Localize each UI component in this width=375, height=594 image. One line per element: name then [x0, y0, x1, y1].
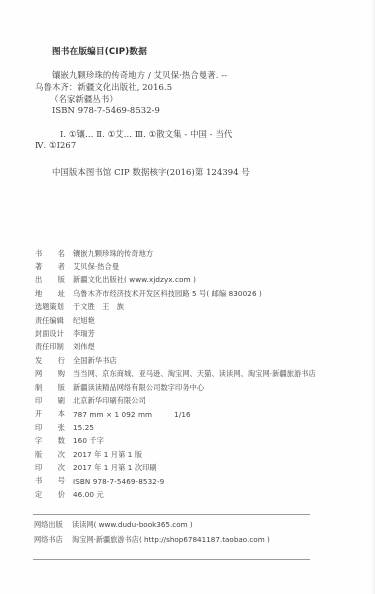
info-value-extra: 1/16 [174, 410, 191, 419]
info-row: 书号ISBN 978-7-5469-8532-9 [35, 475, 316, 488]
info-row: 责任编辑纪旭艳 [35, 314, 316, 327]
info-label-char: 数 [58, 436, 65, 446]
info-row: 开本787 mm × 1 092 mm1/16 [35, 408, 316, 421]
info-value: 46.00 元 [73, 490, 104, 500]
network-shop-label: 网络书店 [34, 535, 72, 545]
info-row: 封面设计李瑞芳 [35, 327, 316, 340]
info-value-text: 46.00 元 [73, 490, 104, 499]
info-row: 发行全国新华书店 [35, 354, 316, 367]
info-value-text: 当当网、京东商城、亚马逊、淘宝网、天猫、读读网、淘宝网·新疆旅游书店 [73, 369, 316, 378]
info-label: 选题策划 [35, 302, 65, 312]
info-label-char: 名 [58, 249, 65, 259]
info-value: 160 千字 [73, 436, 104, 446]
info-value: 纪旭艳 [73, 316, 95, 326]
info-value-text: 15.25 [73, 423, 94, 432]
info-value: 于文胜 王 族 [73, 302, 124, 312]
info-label-char: 印 [35, 396, 42, 406]
network-shop-value: 淘宝网·新疆旅游书店( http://shop67841187.taobao.c… [72, 535, 270, 544]
info-label-char: 次 [58, 450, 65, 460]
cip-line-classification: Ⅳ. ①I267 [35, 140, 76, 150]
info-value: 新疆文化出版社( www.xjdzyx.com ) [73, 275, 196, 285]
bottom-rule [33, 559, 310, 560]
info-label-char: 著 [35, 262, 42, 272]
network-publish-value: 读读网( www.dudu-book365.com ) [72, 520, 193, 529]
info-row: 网购当当网、京东商城、亚马逊、淘宝网、天猫、读读网、淘宝网·新疆旅游书店 [35, 368, 316, 381]
info-value: 当当网、京东商城、亚马逊、淘宝网、天猫、读读网、淘宝网·新疆旅游书店 [73, 369, 316, 379]
info-label-char: 址 [58, 289, 65, 299]
info-label-char: 书 [35, 249, 42, 259]
info-label: 网购 [35, 369, 65, 379]
info-label-char: 张 [58, 423, 65, 433]
info-label-char: 号 [58, 476, 65, 486]
info-label-char: 印 [35, 423, 42, 433]
info-value-text: 新疆文化出版社( www.xjdzyx.com ) [73, 275, 196, 284]
info-value: 全国新华书店 [73, 356, 117, 366]
info-value-text: 于文胜 王 族 [73, 302, 124, 311]
info-value: 787 mm × 1 092 mm1/16 [73, 410, 191, 419]
info-label-char: 次 [58, 463, 65, 473]
info-label-char: 版 [58, 275, 65, 285]
cip-line-subjects: Ⅰ. ①镶… Ⅱ. ①艾… Ⅲ. ①散文集 - 中国 - 当代 [60, 128, 232, 140]
info-label-char: 责任印制 [35, 342, 64, 352]
cip-line-isbn: ISBN 978-7-5469-8532-9 [52, 105, 160, 115]
info-label: 开本 [35, 409, 65, 419]
info-value-text: 2017 年 1 月第 1 次印刷 [73, 463, 157, 472]
info-label: 书号 [35, 476, 65, 486]
info-label-char: 版 [35, 450, 42, 460]
info-label-char: 出 [35, 275, 42, 285]
cip-line-publisher: 乌鲁木齐：新疆文化出版社, 2016.5 [35, 81, 172, 93]
info-label: 责任编辑 [35, 316, 65, 326]
info-row: 选题策划于文胜 王 族 [35, 301, 316, 314]
info-value: 刘伟煜 [73, 342, 95, 352]
info-row: 字数160 千字 [35, 434, 316, 447]
info-row: 著者艾贝保·热合曼 [35, 260, 316, 273]
info-label-char: 者 [58, 262, 65, 272]
network-shop-row: 网络书店淘宝网·新疆旅游书店( http://shop67841187.taob… [34, 535, 270, 545]
info-row: 出版新疆文化出版社( www.xjdzyx.com ) [35, 274, 316, 287]
info-label: 著者 [35, 262, 65, 272]
info-label: 印张 [35, 423, 65, 433]
info-value: 2017 年 1 月第 1 次印刷 [73, 463, 157, 473]
info-label-char: 字 [35, 436, 42, 446]
info-value: 15.25 [73, 423, 94, 432]
info-value-text: ISBN 978-7-5469-8532-9 [73, 477, 164, 486]
info-row: 书名镶嵌九颗珍珠的传奇地方 [35, 247, 316, 260]
info-value: 北京新华印刷有限公司 [73, 396, 146, 406]
info-label-char: 定 [35, 490, 42, 500]
info-value-text: 787 mm × 1 092 mm [73, 410, 152, 419]
info-label-char: 本 [58, 409, 65, 419]
page-edge-shadow [371, 0, 375, 594]
info-value-text: 纪旭艳 [73, 316, 95, 325]
info-label-char: 价 [58, 490, 65, 500]
info-value: 李瑞芳 [73, 329, 95, 339]
info-label: 印刷 [35, 396, 65, 406]
info-label-char: 版 [58, 383, 65, 393]
info-row: 定价46.00 元 [35, 488, 316, 501]
info-label: 封面设计 [35, 329, 65, 339]
info-value: 镶嵌九颗珍珠的传奇地方 [73, 249, 153, 259]
info-row: 印刷北京新华印刷有限公司 [35, 394, 316, 407]
info-value: 乌鲁木齐市经济技术开发区科技园路 5 号( 邮编 830026 ) [73, 289, 262, 299]
info-row: 制版新疆读读精品网络有限公司数字印务中心 [35, 381, 316, 394]
info-label-char: 责任编辑 [35, 316, 64, 326]
info-label-char: 行 [58, 356, 65, 366]
info-value-text: 镶嵌九颗珍珠的传奇地方 [73, 249, 153, 258]
info-label: 责任印制 [35, 342, 65, 352]
info-value-text: 刘伟煜 [73, 342, 95, 351]
cip-title: 图书在版编目(CIP)数据 [52, 45, 147, 57]
network-publish-row: 网络出版读读网( www.dudu-book365.com ) [34, 520, 193, 530]
info-value-text: 2017 年 1 月第 1 版 [73, 450, 142, 459]
publication-info-table: 书名镶嵌九颗珍珠的传奇地方著者艾贝保·热合曼出版新疆文化出版社( www.xjd… [35, 247, 316, 501]
info-row: 印张15.25 [35, 421, 316, 434]
info-value-text: 北京新华印刷有限公司 [73, 396, 146, 405]
info-value-text: 全国新华书店 [73, 356, 117, 365]
info-label: 发行 [35, 356, 65, 366]
info-label-char: 地 [35, 289, 42, 299]
info-row: 版次2017 年 1 月第 1 版 [35, 448, 316, 461]
info-value: 新疆读读精品网络有限公司数字印务中心 [73, 383, 204, 393]
info-label: 印次 [35, 463, 65, 473]
info-value: 艾贝保·热合曼 [73, 262, 119, 272]
info-row: 地址乌鲁木齐市经济技术开发区科技园路 5 号( 邮编 830026 ) [35, 287, 316, 300]
info-label-char: 制 [35, 383, 42, 393]
cip-line-series: （名家新疆丛书） [50, 93, 118, 105]
info-value-text: 艾贝保·热合曼 [73, 262, 119, 271]
info-label: 地址 [35, 289, 65, 299]
info-value-text: 乌鲁木齐市经济技术开发区科技园路 5 号( 邮编 830026 ) [73, 289, 262, 298]
info-label-char: 选题策划 [35, 302, 64, 312]
info-label: 版次 [35, 450, 65, 460]
copyright-page: 图书在版编目(CIP)数据 镶嵌九颗珍珠的传奇地方 / 艾贝保·热合曼著. --… [0, 0, 375, 594]
info-label: 书名 [35, 249, 65, 259]
info-label-char: 开 [35, 409, 42, 419]
info-value: 2017 年 1 月第 1 版 [73, 450, 142, 460]
info-label-char: 书 [35, 476, 42, 486]
cip-line-title: 镶嵌九颗珍珠的传奇地方 / 艾贝保·热合曼著. -- [52, 69, 227, 81]
info-label: 定价 [35, 490, 65, 500]
info-label-char: 发 [35, 356, 42, 366]
info-label: 制版 [35, 383, 65, 393]
info-row: 印次2017 年 1 月第 1 次印刷 [35, 461, 316, 474]
info-value-text: 新疆读读精品网络有限公司数字印务中心 [73, 383, 204, 392]
info-value-text: 李瑞芳 [73, 329, 95, 338]
info-label-char: 刷 [58, 396, 65, 406]
info-label-char: 网 [35, 369, 42, 379]
info-label-char: 印 [35, 463, 42, 473]
top-rule [33, 514, 310, 515]
info-label-char: 购 [58, 369, 65, 379]
info-label: 出版 [35, 275, 65, 285]
info-label-char: 封面设计 [35, 329, 64, 339]
info-value: ISBN 978-7-5469-8532-9 [73, 477, 164, 486]
info-value-text: 160 千字 [73, 436, 104, 445]
info-label: 字数 [35, 436, 65, 446]
cip-line-record-number: 中国版本图书馆 CIP 数据核字(2016)第 124394 号 [52, 166, 250, 178]
info-row: 责任印制刘伟煜 [35, 341, 316, 354]
network-publish-label: 网络出版 [34, 520, 72, 530]
